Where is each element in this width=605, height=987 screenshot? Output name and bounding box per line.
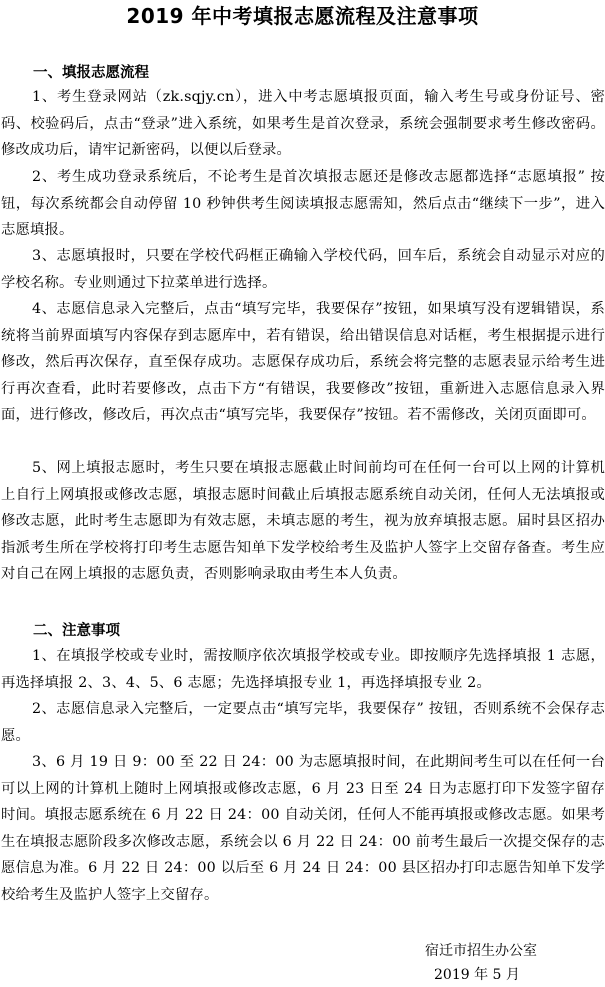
process-paragraph-2: 2、考生成功登录系统后，不论考生是首次填报志愿还是修改志愿都选择“志愿填报” 按… — [1, 164, 605, 244]
notes-paragraph-2: 2、志愿信息录入完整后，一定要点击“填写完毕，我要保存” 按钮，否则系统不会保存… — [1, 696, 605, 749]
signature-date: 2019 年 5 月 — [434, 964, 520, 986]
section-heading-notes: 二、注意事项 — [33, 620, 120, 642]
notes-paragraph-1: 1、在填报学校或专业时，需按顺序依次填报学校或专业。即按顺序先选择填报 1 志愿… — [1, 643, 605, 696]
notes-paragraph-3: 3、6 月 19 日 9：00 至 22 日 24：00 为志愿填报时间，在此期… — [1, 749, 605, 908]
document-page: 2019 年中考填报志愿流程及注意事项 一、填报志愿流程 1、考生登录网站（zk… — [0, 0, 605, 987]
process-paragraph-5: 5、网上填报志愿时，考生只要在填报志愿截止时间前均可在任何一台可以上网的计算机上… — [1, 455, 605, 588]
process-paragraph-1: 1、考生登录网站（zk.sqjy.cn），进入中考志愿填报页面，输入考生号或身份… — [1, 84, 605, 164]
signature-organization: 宿迁市招生办公室 — [425, 940, 537, 962]
process-paragraph-3: 3、志愿填报时，只要在学校代码框正确输入学校代码，回车后，系统会自动显示对应的学… — [1, 243, 605, 296]
section-heading-process: 一、填报志愿流程 — [33, 62, 149, 84]
document-title: 2019 年中考填报志愿流程及注意事项 — [0, 2, 605, 30]
process-paragraph-4: 4、志愿信息录入完整后，点击“填写完毕，我要保存”按钮，如果填写没有逻辑错误，系… — [1, 296, 605, 429]
